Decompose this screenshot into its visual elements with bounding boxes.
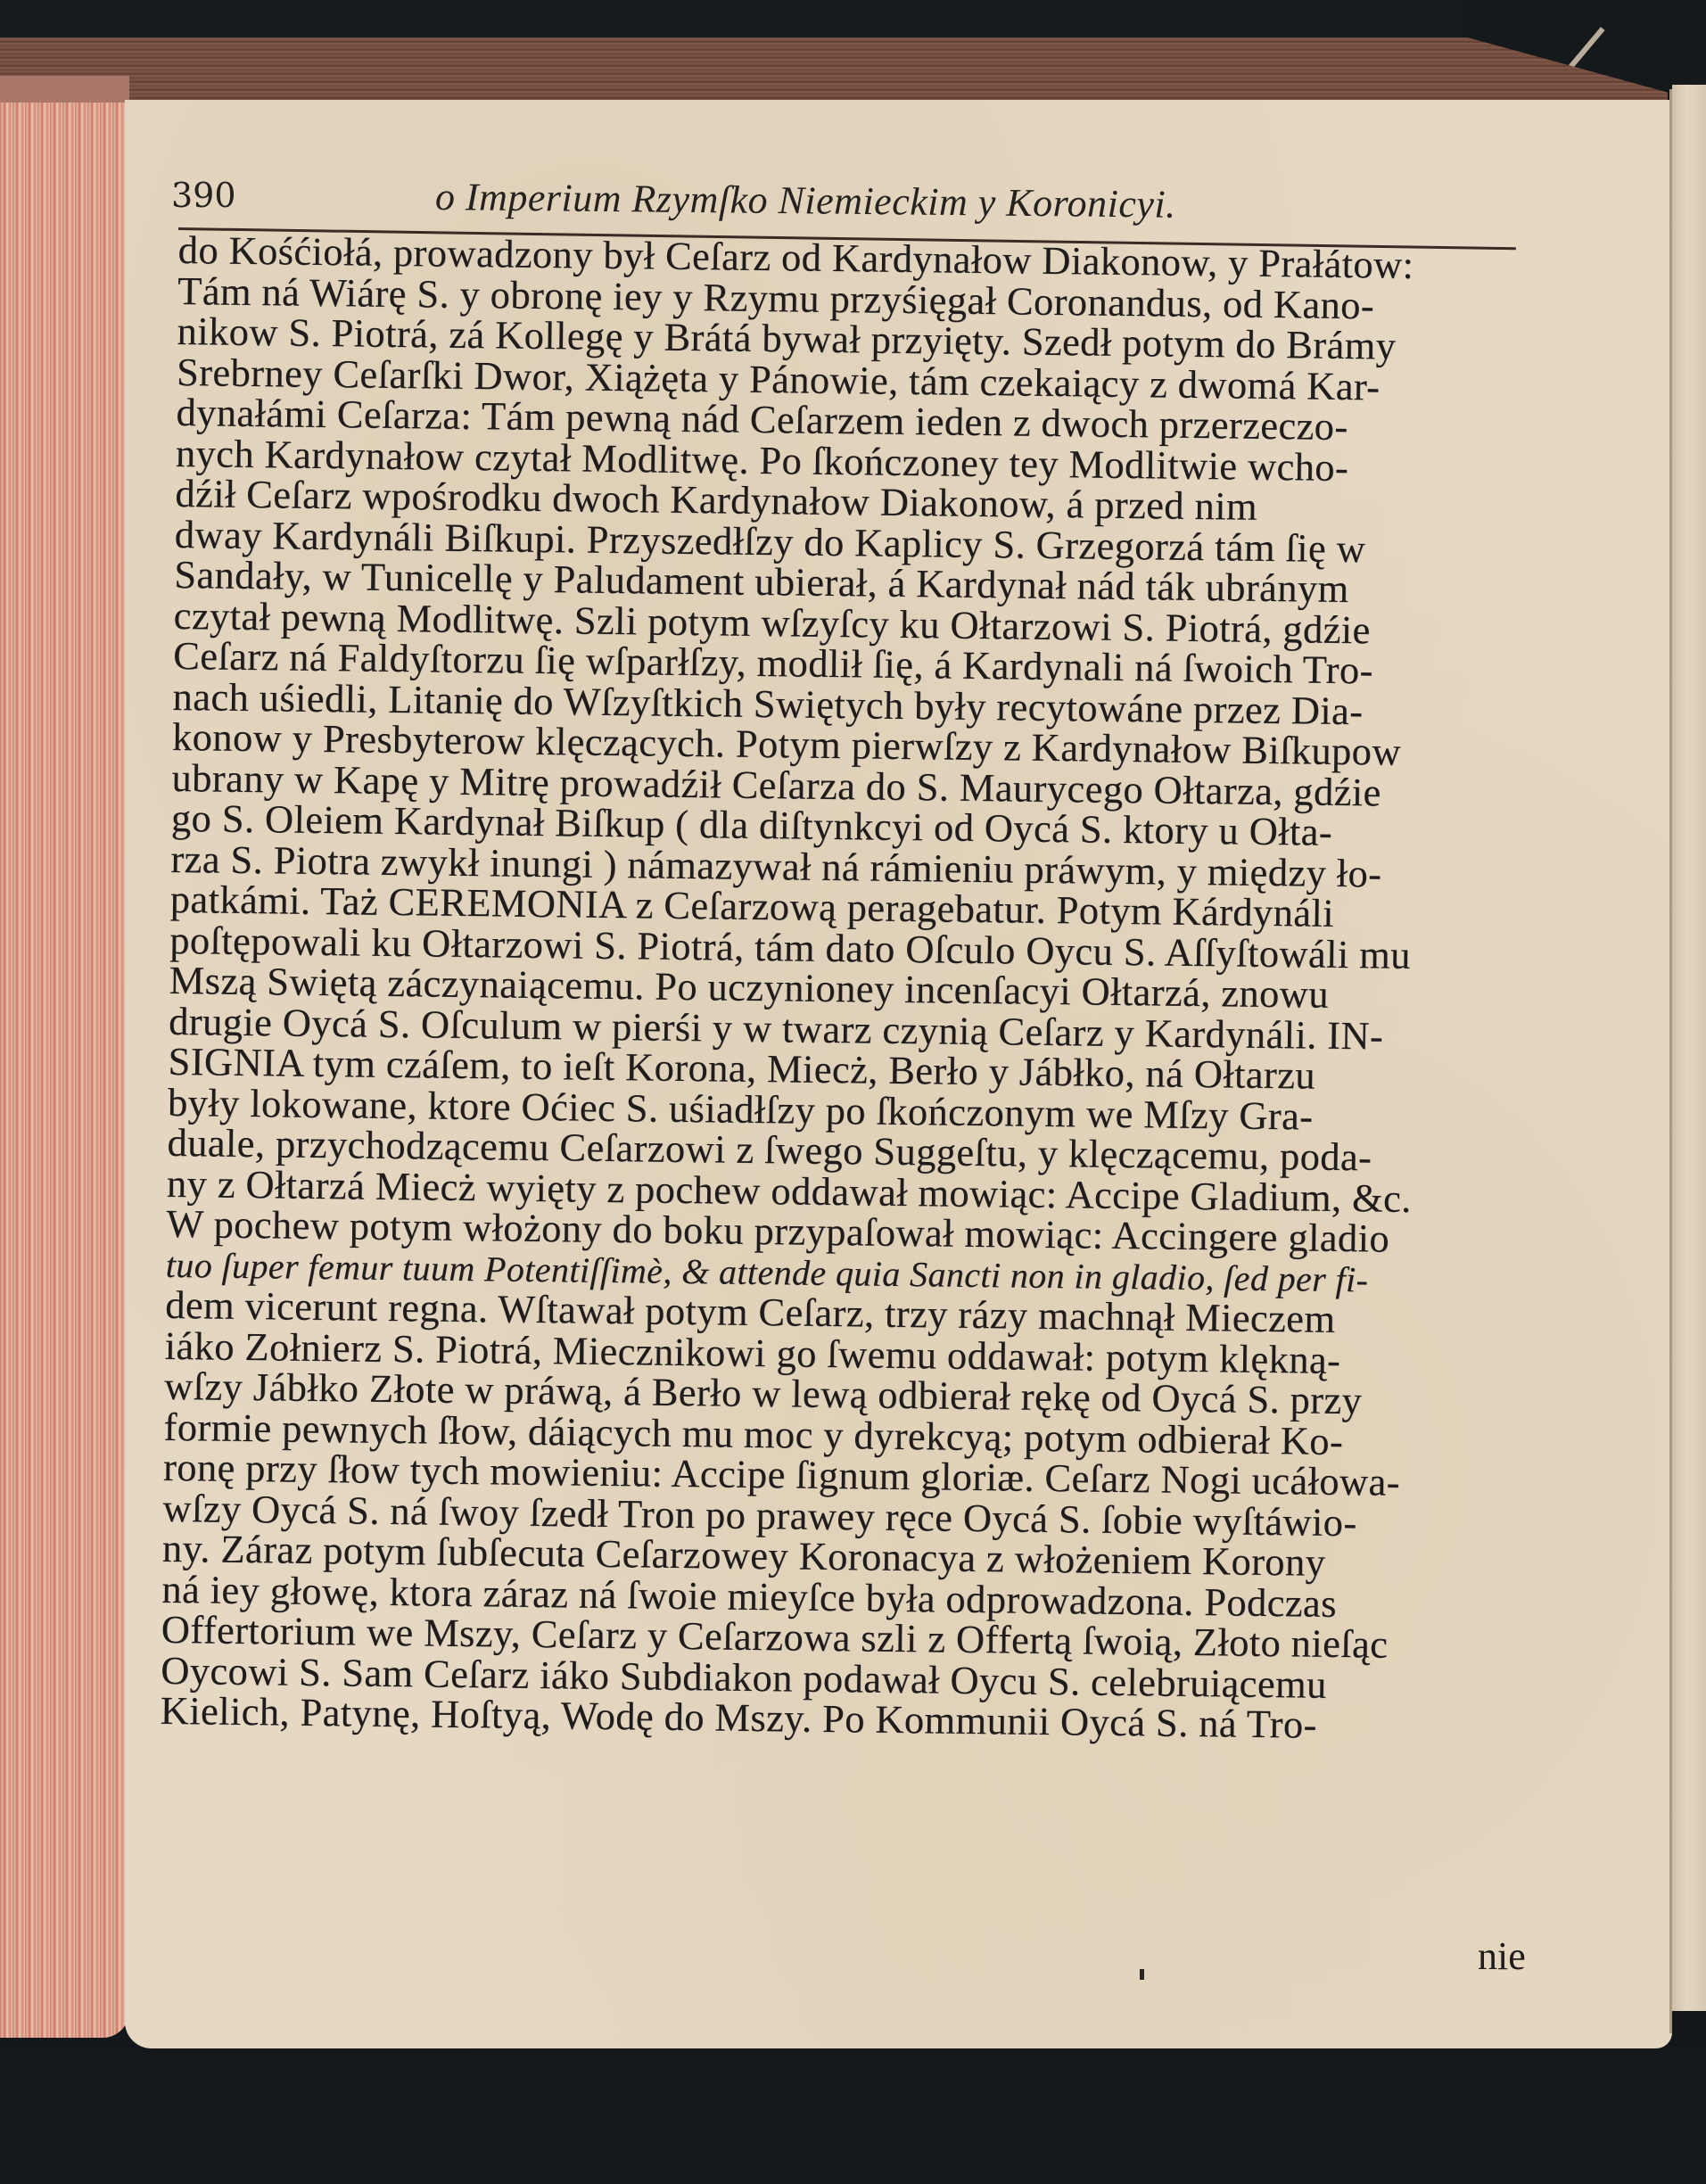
running-title: o Imperium Rzymſko Niemieckim y Koronicy…: [435, 174, 1176, 227]
gutter-fold-line: [1669, 89, 1672, 2033]
catchword: nie: [1478, 1933, 1526, 1979]
book-page-stack-edge: [0, 76, 129, 2038]
running-head: 390 o Imperium Rzymſko Niemieckim y Koro…: [171, 176, 1536, 229]
ink-speck: [1140, 1969, 1144, 1980]
page-body-text: do Kośćiołá, prowadzony był Ceſarz od Ka…: [160, 230, 1604, 1749]
scan-background-top: [0, 0, 1706, 40]
book-page-stack-corner: [0, 76, 129, 103]
scan-background-bottom: [0, 2047, 1706, 2184]
book-gutter: [1672, 85, 1706, 2011]
page-number: 390: [171, 176, 236, 215]
